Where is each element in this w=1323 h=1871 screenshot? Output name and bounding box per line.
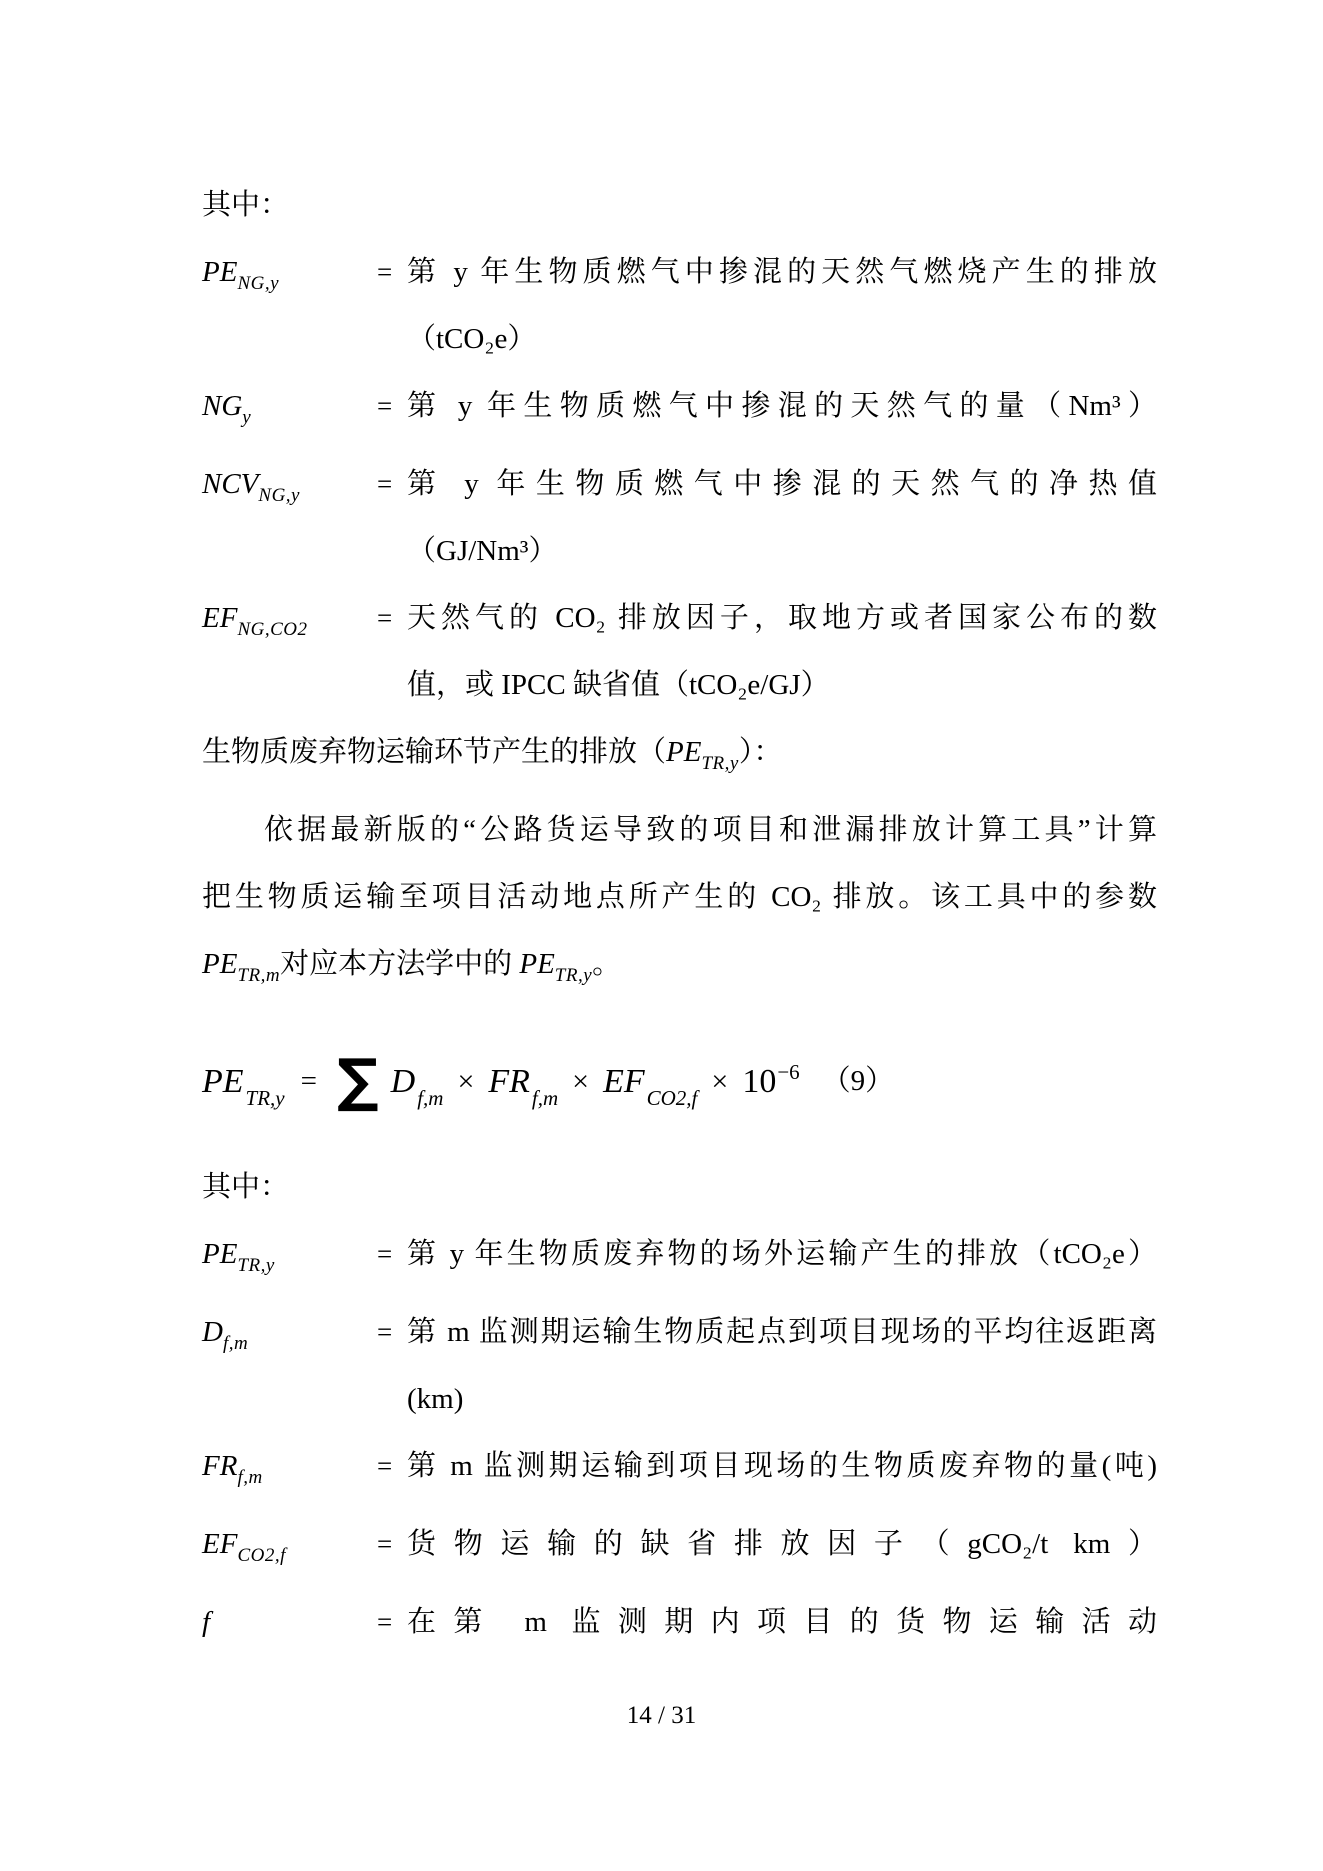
- term-description: 在第 m 监测期内项目的货物运输活动: [407, 1589, 1157, 1656]
- term-subscript: y: [242, 407, 251, 428]
- definition-row-ef-ng-co2: EFNG,CO2 = 天然气的 CO₂ 排放因子，取地方或者国家公布的数 值，或…: [202, 585, 1157, 719]
- paragraph-text: 对应本方法学中的: [280, 948, 519, 980]
- term-subscript: NG,CO2: [237, 619, 307, 640]
- term-base: PE: [202, 256, 237, 288]
- definition-row-pe-tr-y: PETR,y = 第 y 年生物质废弃物的场外运输产生的排放（tCO₂e）: [202, 1221, 1157, 1299]
- power-of-ten: 10−6: [742, 1065, 799, 1099]
- paragraph-line-3: PETR,m对应本方法学中的 PETR,y。: [202, 931, 1157, 1009]
- term-symbol: FRf,m: [202, 1433, 377, 1511]
- definition-row-ncv-ng-y: NCVNG,y = 第 y 年生物质燃气中掺混的天然气的净热值 （GJ/Nm³）: [202, 451, 1157, 585]
- page-body: 其中： PENG,y = 第 y 年生物质燃气中掺混的天然气燃烧产生的排放 （t…: [202, 172, 1157, 1667]
- equals-sign: =: [377, 1221, 407, 1288]
- term-base: FR: [202, 1450, 237, 1482]
- inline-term-base: PE: [519, 948, 554, 980]
- formula-term-base: D: [391, 1063, 416, 1100]
- formula-term-subscript: CO2,f: [647, 1086, 698, 1110]
- formula-term-subscript: f,m: [532, 1086, 558, 1110]
- equation-9: PETR,y = ∑ Df,m × FRf,m × EFCO2,f × 10−6…: [202, 1009, 1157, 1154]
- term-base: NCV: [202, 468, 258, 500]
- description-line: 值，或 IPCC 缺省值（tCO₂e/GJ）: [407, 652, 1157, 719]
- formula-term-base: FR: [488, 1063, 530, 1100]
- paragraph-line-2: 把生物质运输至项目活动地点所产生的 CO₂ 排放。该工具中的参数: [202, 864, 1157, 931]
- inline-term-subscript: TR,y: [555, 965, 592, 986]
- paragraph-text: 。: [592, 948, 621, 980]
- term-subscript: f,m: [223, 1333, 248, 1354]
- description-line: 天然气的 CO₂ 排放因子，取地方或者国家公布的数: [407, 585, 1157, 652]
- formula-equals-sign: =: [301, 1067, 317, 1096]
- transport-emissions-heading: 生物质废弃物运输环节产生的排放（PETR,y）：: [202, 719, 1157, 797]
- description-line: （tCO₂e）: [407, 306, 1157, 373]
- term-subscript: NG,y: [258, 485, 300, 506]
- description-line: 第 y 年生物质燃气中掺混的天然气燃烧产生的排放: [407, 239, 1157, 306]
- formula-term: EFCO2,f: [603, 1065, 697, 1099]
- term-base: EF: [202, 602, 237, 634]
- term-symbol: Df,m: [202, 1299, 377, 1377]
- term-subscript: TR,y: [237, 1255, 274, 1276]
- description-line: 货物运输的缺省排放因子（gCO₂/t km）: [407, 1511, 1157, 1578]
- term-base: D: [202, 1316, 223, 1348]
- term-symbol: PETR,y: [202, 1221, 377, 1299]
- summation-sigma-symbol: ∑: [337, 1051, 379, 1109]
- heading-text: ）：: [739, 736, 783, 768]
- formula-term-base: PE: [202, 1063, 244, 1100]
- equals-sign: =: [377, 1433, 407, 1500]
- equals-sign: =: [377, 1589, 407, 1656]
- power-exponent: −6: [777, 1060, 799, 1084]
- term-symbol: NCVNG,y: [202, 451, 377, 529]
- description-line: 在第 m 监测期内项目的货物运输活动: [407, 1589, 1157, 1656]
- description-line: 第 m 监测期运输生物质起点到项目现场的平均往返距离: [407, 1299, 1157, 1366]
- formula-term-base: EF: [603, 1063, 645, 1100]
- term-description: 天然气的 CO₂ 排放因子，取地方或者国家公布的数 值，或 IPCC 缺省值（t…: [407, 585, 1157, 719]
- description-line: （GJ/Nm³）: [407, 518, 1157, 585]
- paragraph-line-1: 依据最新版的“公路货运导致的项目和泄漏排放计算工具”计算: [202, 797, 1157, 864]
- multiplication-sign: ×: [572, 1067, 589, 1097]
- term-description: 第 y 年生物质燃气中掺混的天然气燃烧产生的排放 （tCO₂e）: [407, 239, 1157, 373]
- equals-sign: =: [377, 1511, 407, 1578]
- equation-number: （9）: [822, 1067, 895, 1096]
- term-description: 货物运输的缺省排放因子（gCO₂/t km）: [407, 1511, 1157, 1578]
- term-symbol: f: [202, 1589, 377, 1667]
- term-subscript: f,m: [237, 1467, 262, 1488]
- equals-sign: =: [377, 585, 407, 652]
- description-line: (km): [407, 1366, 1157, 1433]
- term-description: 第 y 年生物质废弃物的场外运输产生的排放（tCO₂e）: [407, 1221, 1157, 1288]
- page-number: 14 / 31: [0, 1701, 1323, 1731]
- definition-row-f: f = 在第 m 监测期内项目的货物运输活动: [202, 1589, 1157, 1667]
- term-base: f: [202, 1606, 210, 1638]
- term-symbol: EFCO2,f: [202, 1511, 377, 1589]
- description-line: 第 y 年生物质燃气中掺混的天然气的量（Nm³）: [407, 373, 1157, 440]
- term-description: 第 y 年生物质燃气中掺混的天然气的净热值 （GJ/Nm³）: [407, 451, 1157, 585]
- description-line: 第 y 年生物质废弃物的场外运输产生的排放（tCO₂e）: [407, 1221, 1157, 1288]
- definition-row-pe-ng-y: PENG,y = 第 y 年生物质燃气中掺混的天然气燃烧产生的排放 （tCO₂e…: [202, 239, 1157, 373]
- definition-row-fr-f-m: FRf,m = 第 m 监测期运输到项目现场的生物质废弃物的量(吨): [202, 1433, 1157, 1511]
- formula-term-subscript: f,m: [417, 1086, 443, 1110]
- multiplication-sign: ×: [711, 1067, 728, 1097]
- term-description: 第 m 监测期运输生物质起点到项目现场的平均往返距离 (km): [407, 1299, 1157, 1433]
- term-base: NG: [202, 390, 242, 422]
- inline-term-subscript: TR,y: [701, 753, 738, 774]
- definition-row-d-f-m: Df,m = 第 m 监测期运输生物质起点到项目现场的平均往返距离 (km): [202, 1299, 1157, 1433]
- equals-sign: =: [377, 451, 407, 518]
- inline-term-subscript: TR,m: [237, 965, 280, 986]
- term-description: 第 y 年生物质燃气中掺混的天然气的量（Nm³）: [407, 373, 1157, 440]
- equals-sign: =: [377, 373, 407, 440]
- definition-row-ng-y: NGy = 第 y 年生物质燃气中掺混的天然气的量（Nm³）: [202, 373, 1157, 451]
- term-subscript: CO2,f: [237, 1545, 285, 1566]
- description-line: 第 y 年生物质燃气中掺混的天然气的净热值: [407, 451, 1157, 518]
- inline-term-base: PE: [666, 736, 701, 768]
- power-base: 10: [742, 1063, 776, 1100]
- term-base: PE: [202, 1238, 237, 1270]
- where-heading-2: 其中：: [202, 1154, 1157, 1221]
- description-line: 第 m 监测期运输到项目现场的生物质废弃物的量(吨): [407, 1433, 1157, 1500]
- term-description: 第 m 监测期运输到项目现场的生物质废弃物的量(吨): [407, 1433, 1157, 1500]
- equals-sign: =: [377, 239, 407, 306]
- equals-sign: =: [377, 1299, 407, 1366]
- multiplication-sign: ×: [457, 1067, 474, 1097]
- formula-term: FRf,m: [488, 1065, 558, 1099]
- term-subscript: NG,y: [237, 273, 279, 294]
- where-heading-1: 其中：: [202, 172, 1157, 239]
- document-page: { "page": { "footer_text": "14 / 31" }, …: [0, 0, 1323, 1871]
- definition-row-ef-co2-f: EFCO2,f = 货物运输的缺省排放因子（gCO₂/t km）: [202, 1511, 1157, 1589]
- formula-term: Df,m: [391, 1065, 444, 1099]
- formula-term-subscript: TR,y: [246, 1086, 285, 1110]
- term-symbol: PENG,y: [202, 239, 377, 317]
- term-base: EF: [202, 1528, 237, 1560]
- term-symbol: EFNG,CO2: [202, 585, 377, 663]
- term-symbol: NGy: [202, 373, 377, 451]
- heading-text: 生物质废弃物运输环节产生的排放（: [202, 736, 666, 768]
- formula-lhs: PETR,y: [202, 1065, 285, 1099]
- inline-term-base: PE: [202, 948, 237, 980]
